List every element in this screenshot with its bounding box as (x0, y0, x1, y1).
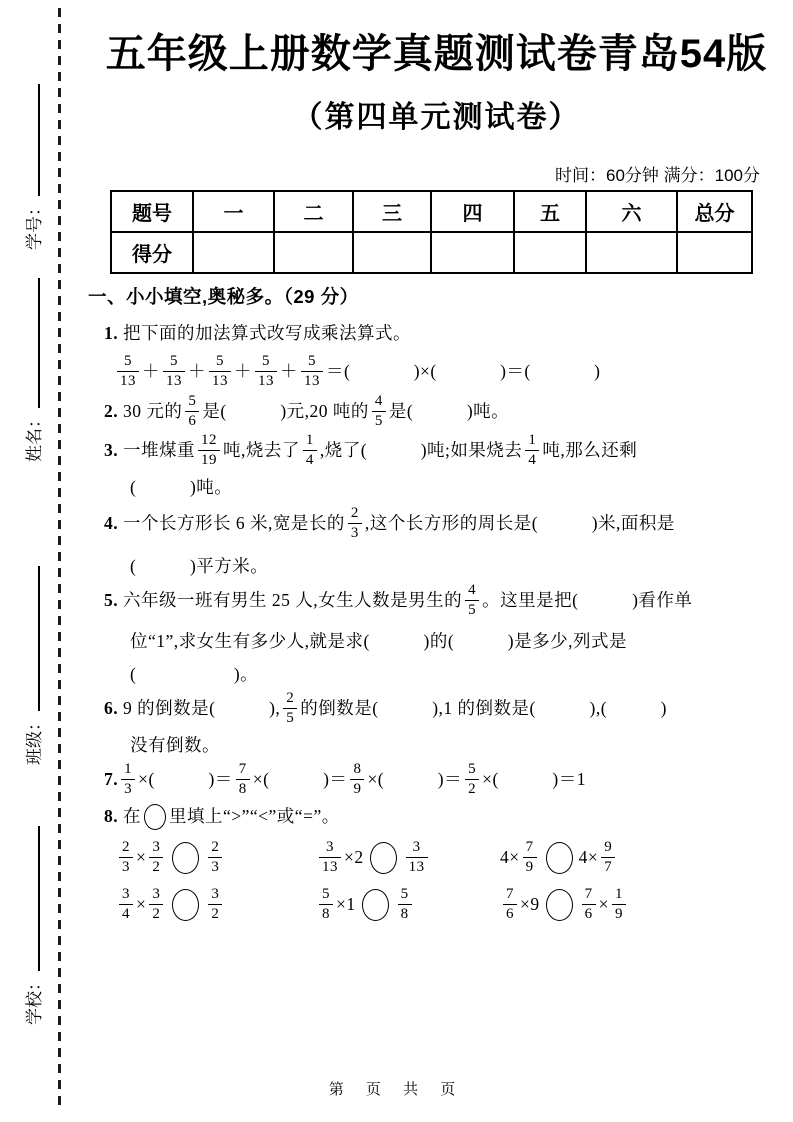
denominator: 13 (406, 857, 428, 876)
text-run: ×9 (520, 892, 540, 917)
fraction: 89 (350, 762, 364, 798)
text-run: 没有倒数。 (130, 733, 220, 758)
numerator: 2 (348, 506, 362, 523)
numerator: 5 (167, 354, 181, 371)
blank-line (38, 84, 40, 196)
text-run: 9 的倒数是( ), (118, 696, 280, 721)
denominator: 13 (117, 371, 139, 390)
comparison-item: 4×794×97 (500, 840, 766, 876)
denominator: 13 (319, 857, 341, 876)
text-run: ＋ (234, 359, 252, 384)
text-run: ＋ (142, 359, 160, 384)
numerator: 3 (208, 887, 222, 904)
numerator: 1 (525, 433, 539, 450)
text-run: ×2 (344, 845, 364, 870)
denominator: 5 (372, 411, 386, 430)
test-paper-page: 学号： 姓名： 班级： 学校： 五年级上册数学真题测试卷青岛54版 （第四单元测… (0, 0, 793, 1122)
field-label: 班级： (25, 714, 44, 765)
numerator: 1 (303, 433, 317, 450)
numerator: 9 (601, 840, 615, 857)
comparison-item: 313×2313 (316, 840, 500, 876)
comparison-circle (546, 889, 573, 921)
comparison-item: 76×976×19 (500, 887, 766, 923)
denominator: 5 (283, 708, 297, 727)
question-6-text: 6. 9 的倒数是( ),25的倒数是( ),1 的倒数是( ),( ) (88, 691, 766, 727)
questions-area: 一、小小填空,奥秘多。（29 分） 1. 把下面的加法算式改写成乘法算式。 51… (88, 283, 766, 923)
blank-line (38, 566, 40, 711)
text-run: 4× (500, 845, 520, 870)
text-run: 吨,那么还剩 (542, 438, 637, 463)
numerator: 12 (198, 433, 220, 450)
denominator: 2 (149, 857, 163, 876)
numerator: 5 (319, 887, 333, 904)
text-run: ×1 (336, 892, 356, 917)
text-run: × (136, 845, 146, 870)
denominator: 5 (465, 600, 479, 619)
text-run: ,烧了( )吨;如果烧去 (320, 438, 523, 463)
score-cell (353, 232, 431, 273)
numerator: 5 (259, 354, 273, 371)
fraction: 513 (117, 354, 139, 390)
sidebar-field-student-number: 学号： (20, 84, 45, 250)
question-8-text: 8. 在里填上“>”“<”或“=”。 (88, 804, 766, 830)
field-label: 姓名： (25, 411, 44, 462)
numerator: 2 (283, 691, 297, 708)
fraction: 513 (255, 354, 277, 390)
fraction: 23 (119, 840, 133, 876)
text-run: ( )平方米。 (130, 554, 268, 579)
denominator: 8 (236, 779, 250, 798)
fraction: 56 (185, 394, 199, 430)
numerator: 5 (213, 354, 227, 371)
comparison-circle (144, 804, 166, 830)
comparison-circle (362, 889, 389, 921)
denominator: 4 (119, 904, 133, 923)
question-2-text: 2. 30 元的56是( )元,20 吨的45是( )吨。 (88, 394, 766, 430)
fraction: 58 (398, 887, 412, 923)
denominator: 2 (149, 904, 163, 923)
denominator: 6 (582, 904, 596, 923)
question-7-equation: 7.13×( )＝78×( )＝89×( )＝52×( )＝1 (88, 762, 766, 798)
header-cell-section-3: 三 (353, 191, 431, 232)
numerator: 8 (350, 762, 364, 779)
blank-line (38, 278, 40, 408)
fraction: 32 (149, 840, 163, 876)
numerator: 7 (582, 887, 596, 904)
fraction: 32 (208, 887, 222, 923)
page-footer: 第 页 共 页 (0, 1078, 793, 1099)
denominator: 13 (163, 371, 185, 390)
header-cell-section-2: 二 (274, 191, 353, 232)
fraction: 313 (319, 840, 341, 876)
sidebar-field-class: 班级： (20, 566, 45, 765)
score-cell (514, 232, 586, 273)
sidebar-field-name: 姓名： (20, 278, 45, 462)
fraction: 79 (523, 840, 537, 876)
numerator: 5 (465, 762, 479, 779)
fraction: 34 (119, 887, 133, 923)
header-cell-question-number: 题号 (111, 191, 193, 232)
score-table: 题号 一 二 三 四 五 六 总分 得分 (110, 190, 753, 274)
text-run: ＋ (280, 359, 298, 384)
score-table-header-row: 题号 一 二 三 四 五 六 总分 (111, 191, 752, 232)
comparison-circle (172, 889, 199, 921)
denominator: 6 (185, 411, 199, 430)
text-run: 六年级一班有男生 25 人,女生人数是男生的 (118, 588, 462, 613)
text-run: ,这个长方形的周长是( )米,面积是 (365, 511, 675, 536)
comparison-item: 34×3232 (116, 887, 316, 923)
field-label: 学号： (25, 199, 44, 250)
fraction: 513 (163, 354, 185, 390)
question-1-text: 1. 把下面的加法算式改写成乘法算式。 (88, 321, 766, 346)
text-run: ×( )＝1 (482, 767, 586, 792)
fraction: 23 (348, 506, 362, 542)
numerator: 5 (121, 354, 135, 371)
text-run: 把下面的加法算式改写成乘法算式。 (118, 321, 411, 346)
field-label: 学校： (25, 974, 44, 1025)
question-5-text-cont: ( )。 (88, 662, 766, 687)
text-run: ×( )＝ (367, 767, 462, 792)
denominator: 3 (208, 857, 222, 876)
text-run: ( )吨。 (130, 475, 232, 500)
header-cell-total: 总分 (677, 191, 752, 232)
text-run: 一堆煤重 (118, 438, 195, 463)
score-cell (431, 232, 514, 273)
question-6-text-cont: 没有倒数。 (88, 733, 766, 758)
fraction: 1219 (198, 433, 220, 469)
blank-line (38, 826, 40, 971)
question-number: 1. (104, 321, 118, 346)
fraction: 13 (121, 762, 135, 798)
numerator: 7 (503, 887, 517, 904)
numerator: 3 (323, 840, 337, 857)
numerator: 5 (398, 887, 412, 904)
fraction: 14 (525, 433, 539, 469)
denominator: 4 (525, 450, 539, 469)
question-number: 8. (104, 804, 118, 829)
fraction: 97 (601, 840, 615, 876)
question-number: 4. (104, 511, 118, 536)
text-run: 。这里是把( )看作单 (482, 588, 692, 613)
comparison-circle (370, 842, 397, 874)
denominator: 3 (348, 523, 362, 542)
text-run: ＋ (188, 359, 206, 384)
question-1-equation: 513＋513＋513＋513＋513＝( )×( )＝( ) (88, 354, 766, 390)
question-3-text-cont: ( )吨。 (88, 475, 766, 500)
fraction: 76 (582, 887, 596, 923)
numerator: 5 (305, 354, 319, 371)
denominator: 2 (208, 904, 222, 923)
text-run: 是( )元,20 吨的 (202, 399, 369, 424)
numerator: 3 (149, 887, 163, 904)
question-3-text: 3. 一堆煤重1219吨,烧去了14,烧了( )吨;如果烧去14吨,那么还剩 (88, 433, 766, 469)
numerator: 3 (410, 840, 424, 857)
text-run: ×( )＝ (138, 767, 233, 792)
fraction: 14 (303, 433, 317, 469)
numerator: 7 (523, 840, 537, 857)
text-run: 30 元的 (118, 399, 182, 424)
fold-dashed-line (58, 8, 61, 1110)
question-4-text: 4. 一个长方形长 6 米,宽是长的23,这个长方形的周长是( )米,面积是 (88, 506, 766, 542)
text-run: 吨,烧去了 (223, 438, 300, 463)
question-number: 3. (104, 438, 118, 463)
paper-title: 五年级上册数学真题测试卷青岛54版 (88, 22, 785, 79)
header-cell-section-6: 六 (586, 191, 677, 232)
numerator: 5 (185, 394, 199, 411)
fraction: 45 (372, 394, 386, 430)
numerator: 3 (149, 840, 163, 857)
numerator: 4 (465, 583, 479, 600)
question-5-text: 5. 六年级一班有男生 25 人,女生人数是男生的45。这里是把( )看作单 (88, 583, 766, 619)
denominator: 9 (523, 857, 537, 876)
comparison-circle (546, 842, 573, 874)
fraction: 19 (612, 887, 626, 923)
numerator: 2 (119, 840, 133, 857)
score-cell (193, 232, 274, 273)
fraction: 313 (406, 840, 428, 876)
text-run: 4× (579, 845, 599, 870)
denominator: 13 (209, 371, 231, 390)
numerator: 1 (121, 762, 135, 779)
score-cell (677, 232, 752, 273)
denominator: 8 (398, 904, 412, 923)
fraction: 58 (319, 887, 333, 923)
fraction: 23 (208, 840, 222, 876)
denominator: 3 (121, 779, 135, 798)
comparison-grid: 23×3223 313×2313 4×794×97 34×3232 58×158… (88, 840, 766, 923)
fraction: 513 (209, 354, 231, 390)
text-run: ( )。 (130, 662, 258, 687)
score-cell (586, 232, 677, 273)
section-1-heading: 一、小小填空,奥秘多。（29 分） (88, 283, 766, 309)
numerator: 2 (208, 840, 222, 857)
denominator: 13 (255, 371, 277, 390)
question-4-text-cont: ( )平方米。 (88, 554, 766, 579)
text-run: 是( )吨。 (389, 399, 509, 424)
question-number: 7. (104, 767, 118, 792)
numerator: 1 (612, 887, 626, 904)
score-cell (274, 232, 353, 273)
text-run: 位“1”,求女生有多少人,就是求( )的( )是多少,列式是 (130, 629, 627, 654)
header-cell-section-5: 五 (514, 191, 586, 232)
denominator: 9 (612, 904, 626, 923)
fraction: 32 (149, 887, 163, 923)
denominator: 6 (503, 904, 517, 923)
score-table-score-row: 得分 (111, 232, 752, 273)
fraction: 513 (301, 354, 323, 390)
header-cell-section-1: 一 (193, 191, 274, 232)
fraction: 52 (465, 762, 479, 798)
question-number: 6. (104, 696, 118, 721)
text-run: ×( )＝ (253, 767, 348, 792)
sidebar-field-school: 学校： (20, 826, 45, 1025)
comparison-circle (172, 842, 199, 874)
numerator: 7 (236, 762, 250, 779)
denominator: 7 (601, 857, 615, 876)
denominator: 3 (119, 857, 133, 876)
denominator: 4 (303, 450, 317, 469)
numerator: 4 (372, 394, 386, 411)
text-run: × (136, 892, 146, 917)
denominator: 19 (198, 450, 220, 469)
denominator: 8 (319, 904, 333, 923)
comparison-item: 58×158 (316, 887, 500, 923)
fraction: 25 (283, 691, 297, 727)
text-run: 在 (118, 804, 141, 829)
question-5-text-cont: 位“1”,求女生有多少人,就是求( )的( )是多少,列式是 (88, 629, 766, 654)
denominator: 13 (301, 371, 323, 390)
score-row-label: 得分 (111, 232, 193, 273)
fraction: 78 (236, 762, 250, 798)
question-number: 2. (104, 399, 118, 424)
fraction: 45 (465, 583, 479, 619)
text-run: × (599, 892, 609, 917)
question-number: 5. (104, 588, 118, 613)
fraction: 76 (503, 887, 517, 923)
time-score-info: 时间：60分钟 满分：100分 (555, 161, 760, 186)
denominator: 2 (465, 779, 479, 798)
text-run: 的倒数是( ),1 的倒数是( ),( ) (300, 696, 667, 721)
header-cell-section-4: 四 (431, 191, 514, 232)
numerator: 3 (119, 887, 133, 904)
comparison-item: 23×3223 (116, 840, 316, 876)
text-run: 一个长方形长 6 米,宽是长的 (118, 511, 345, 536)
text-run: ＝( )×( )＝( ) (326, 359, 600, 384)
paper-subtitle: （第四单元测试卷） (88, 92, 785, 136)
text-run: 里填上“>”“<”或“=”。 (169, 804, 340, 829)
denominator: 9 (350, 779, 364, 798)
